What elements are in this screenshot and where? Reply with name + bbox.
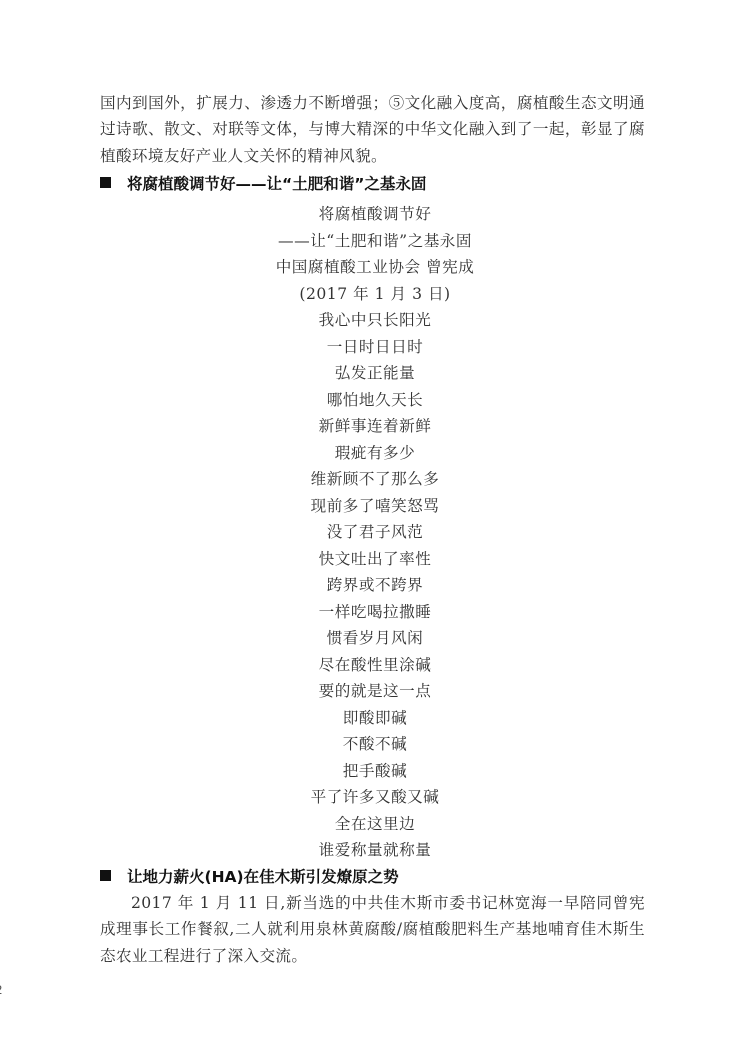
poem-line: 新鲜事连着新鲜 xyxy=(200,413,550,440)
poem-line: 不酸不碱 xyxy=(200,731,550,758)
poem-line: 哪怕地久天长 xyxy=(200,387,550,414)
square-bullet-icon xyxy=(100,870,111,881)
section-heading-1-text: 将腐植酸调节好——让“土肥和谐”之基永固 xyxy=(127,175,426,193)
poem-date: (2017 年 1 月 3 日) xyxy=(200,281,550,308)
poem-block: 将腐植酸调节好 ——让“土肥和谐”之基永固 中国腐植酸工业协会 曾宪成 (201… xyxy=(200,201,550,864)
poem-line: 尽在酸性里涂碱 xyxy=(200,652,550,679)
poem-line: 跨界或不跨界 xyxy=(200,572,550,599)
poem-subtitle: ——让“土肥和谐”之基永固 xyxy=(200,228,550,255)
poem-line: 惯看岁月风闲 xyxy=(200,625,550,652)
poem-line: 我心中只长阳光 xyxy=(200,307,550,334)
poem-line: 一日时日日时 xyxy=(200,334,550,361)
poem-line: 现前多了嘻笑怒骂 xyxy=(200,493,550,520)
poem-line: 一样吃喝拉撒睡 xyxy=(200,599,550,626)
poem-line: 弘发正能量 xyxy=(200,360,550,387)
section-heading-2-text: 让地力薪火(HA)在佳木斯引发燎原之势 xyxy=(127,868,399,886)
poem-line: 维新顾不了那么多 xyxy=(200,466,550,493)
intro-paragraph: 国内到国外，扩展力、渗透力不断增强；⑤文化融入度高，腐植酸生态文明通过诗歌、散文… xyxy=(100,90,645,169)
poem-line: 平了许多又酸又碱 xyxy=(200,784,550,811)
poem-author: 中国腐植酸工业协会 曾宪成 xyxy=(200,254,550,281)
poem-line: 把手酸碱 xyxy=(200,758,550,785)
section-2-paragraph: 2017 年 1 月 11 日,新当选的中共佳木斯市委书记林宽海一早陪同曾宪成理… xyxy=(100,890,645,969)
poem-line: 快文吐出了率性 xyxy=(200,546,550,573)
poem-line: 谁爱称量就称量 xyxy=(200,837,550,864)
section-heading-2: 让地力薪火(HA)在佳木斯引发燎原之势 xyxy=(100,864,660,890)
poem-line: 要的就是这一点 xyxy=(200,678,550,705)
document-page: 国内到国外，扩展力、渗透力不断增强；⑤文化融入度高，腐植酸生态文明通过诗歌、散文… xyxy=(0,0,750,1060)
poem-title: 将腐植酸调节好 xyxy=(200,201,550,228)
page-number: 2 xyxy=(0,983,3,997)
poem-line: 即酸即碱 xyxy=(200,705,550,732)
poem-line: 没了君子风范 xyxy=(200,519,550,546)
section-heading-1: 将腐植酸调节好——让“土肥和谐”之基永固 xyxy=(100,171,660,197)
poem-line: 瑕疵有多少 xyxy=(200,440,550,467)
poem-line: 全在这里边 xyxy=(200,811,550,838)
square-bullet-icon xyxy=(100,177,111,188)
